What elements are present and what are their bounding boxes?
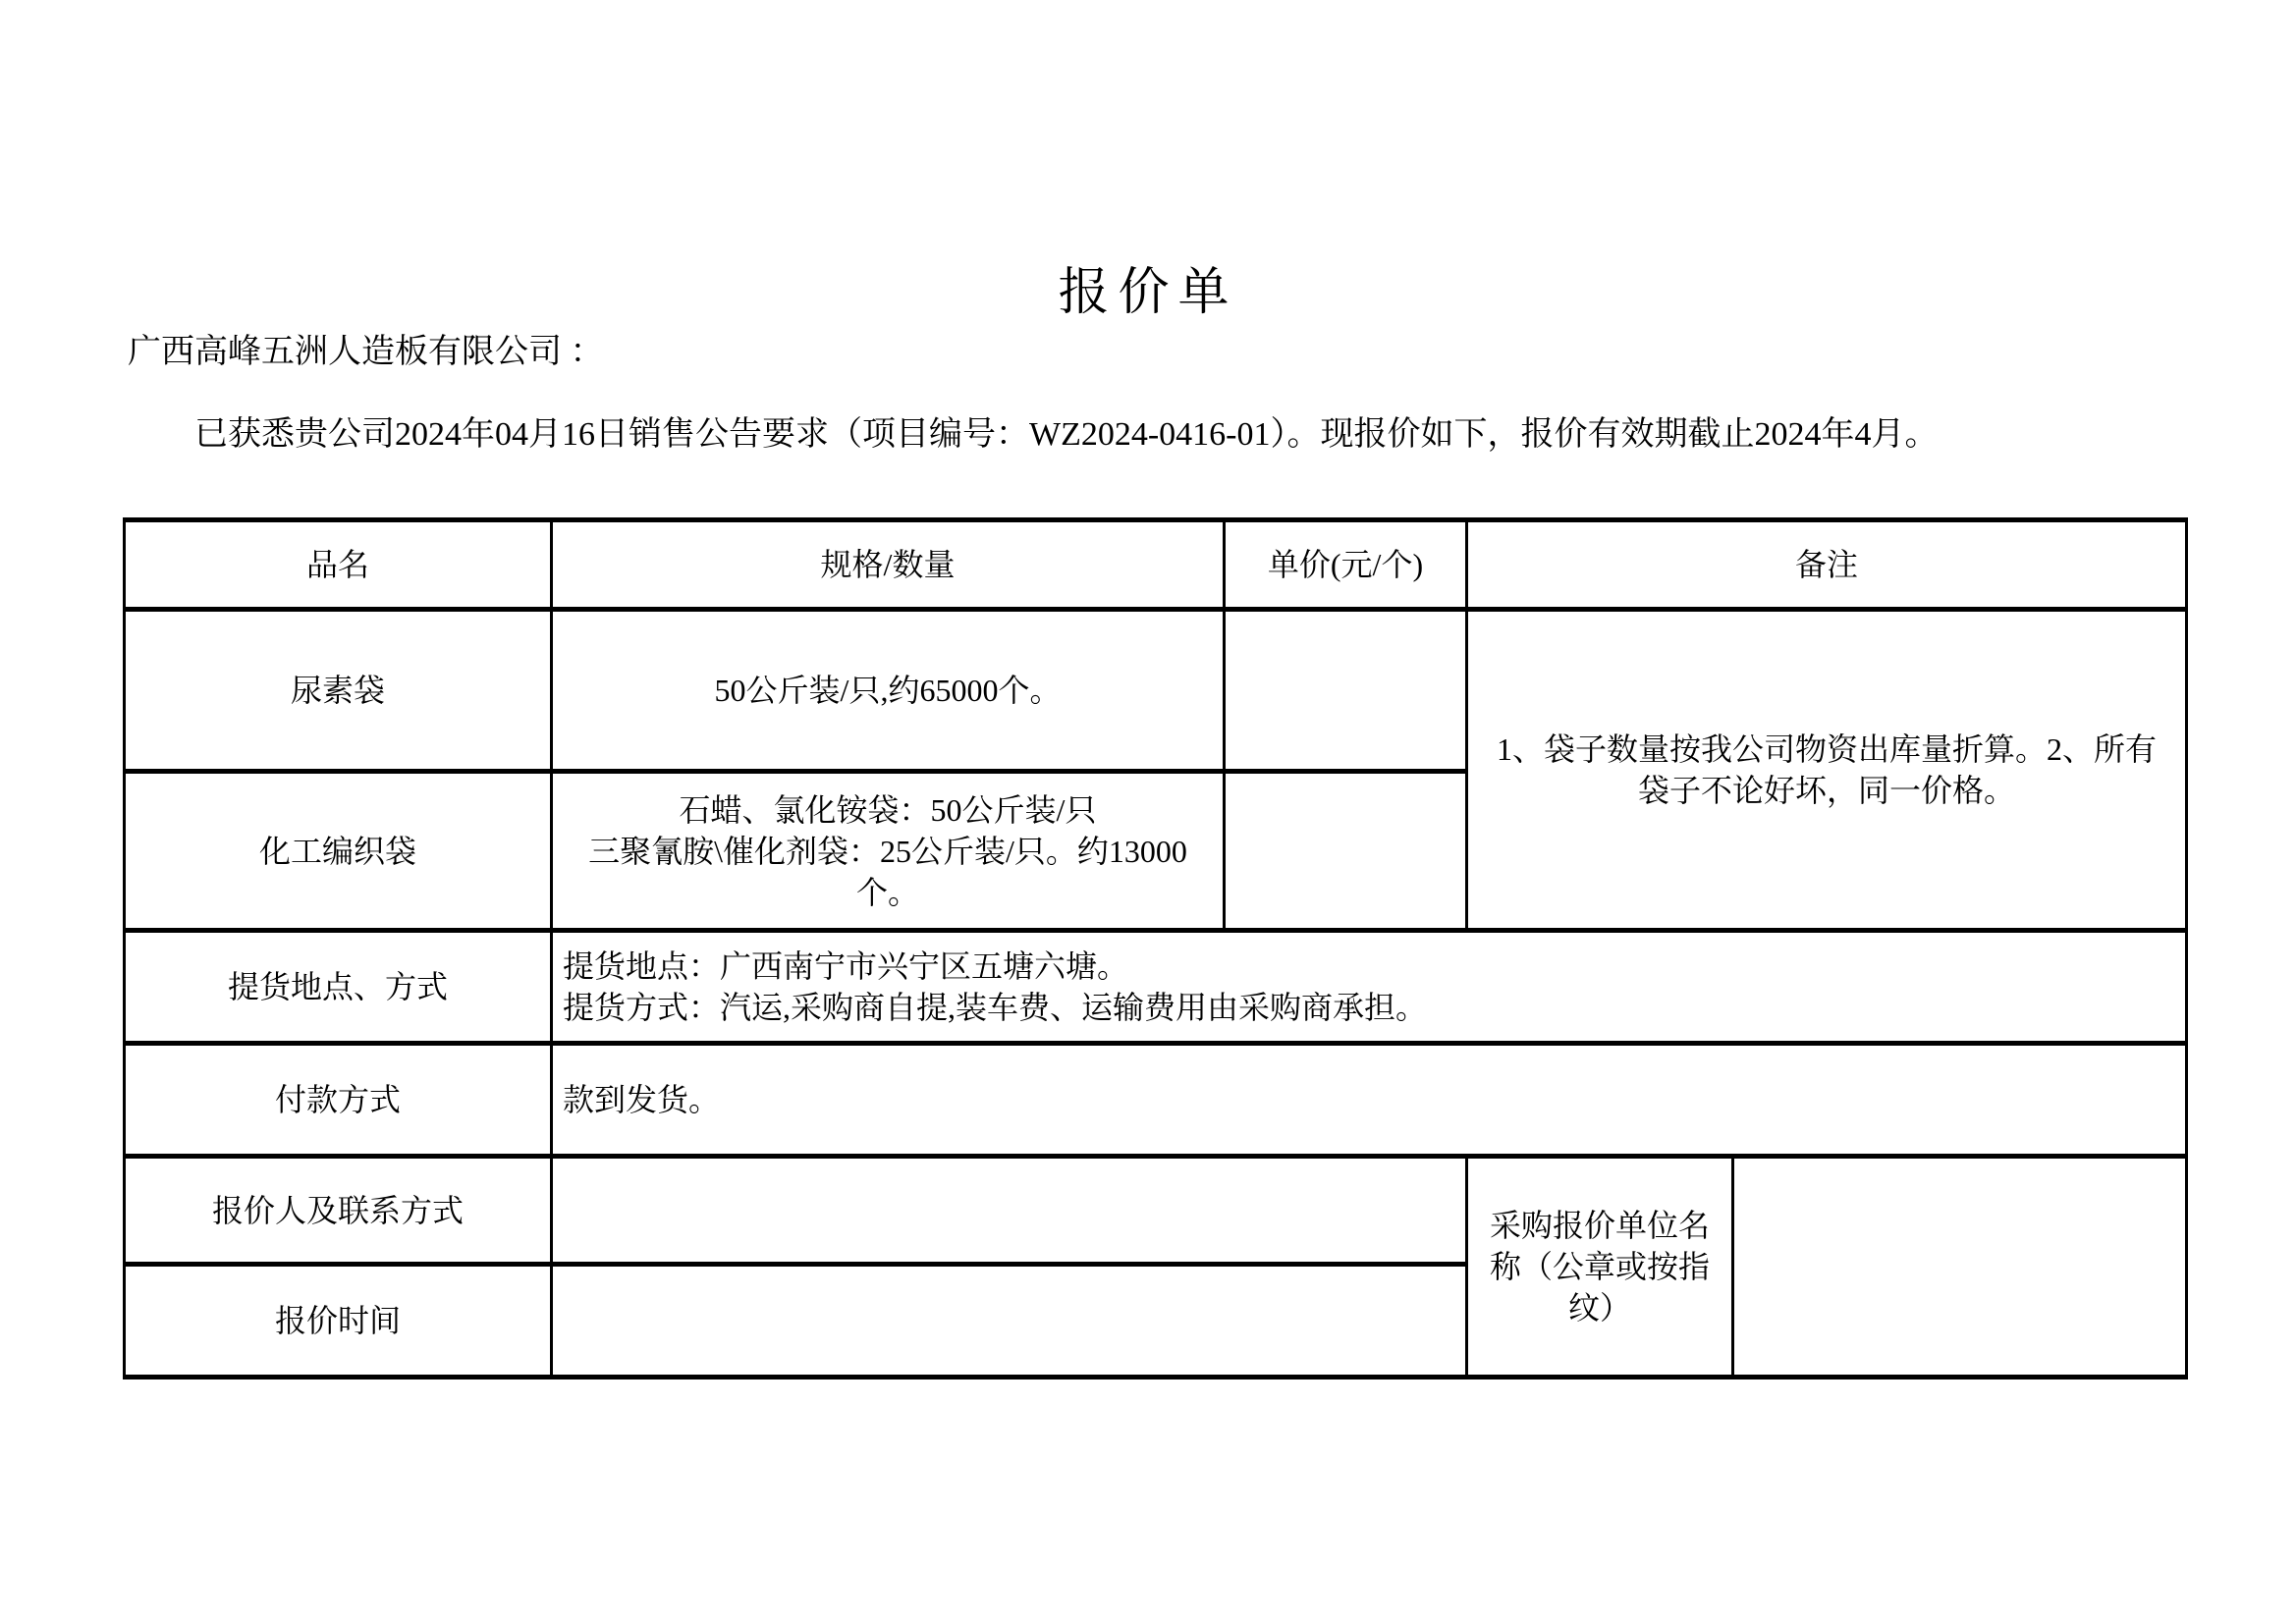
pickup-method-line: 提货方式：汽运,采购商自提,装车费、运输费用由采购商承担。: [563, 987, 2175, 1028]
woven-bag-name: 化工编织袋: [125, 772, 552, 931]
table-header-row: 品名 规格/数量 单价(元/个) 备注: [125, 520, 2187, 610]
header-unit-price: 单价(元/个): [1225, 520, 1467, 610]
quoter-value-cell: [552, 1157, 1467, 1265]
urea-bag-unit-price: [1225, 610, 1467, 772]
quote-time-value-cell: [552, 1265, 1467, 1378]
header-remark: 备注: [1467, 520, 2187, 610]
urea-bag-name: 尿素袋: [125, 610, 552, 772]
quotation-document-page: 报价单 广西高峰五洲人造板有限公司 ： 已获悉贵公司2024年04月16日销售公…: [0, 0, 2296, 1623]
header-spec-quantity: 规格/数量: [552, 520, 1225, 610]
table-row-pickup: 提货地点、方式 提货地点：广西南宁市兴宁区五塘六塘。 提货方式：汽运,采购商自提…: [125, 931, 2187, 1044]
recipient-line: 广西高峰五洲人造板有限公司 ：: [128, 333, 604, 373]
intro-paragraph: 已获悉贵公司2024年04月16日销售公告要求（项目编号：WZ2024-0416…: [128, 413, 2190, 457]
header-product-name: 品名: [125, 520, 552, 610]
payment-label: 付款方式: [125, 1044, 552, 1157]
table-row-quoter: 报价人及联系方式 采购报价单位名称（公章或按指纹）: [125, 1157, 2187, 1265]
woven-bag-unit-price: [1225, 772, 1467, 931]
quotation-table: 品名 规格/数量 单价(元/个) 备注 尿素袋 50公斤装/只,约65000个。…: [123, 517, 2188, 1380]
purchaser-unit-value-cell: [1733, 1157, 2187, 1378]
pickup-location-line: 提货地点：广西南宁市兴宁区五塘六塘。: [563, 946, 2175, 987]
table-row-urea-bag: 尿素袋 50公斤装/只,约65000个。 1、袋子数量按我公司物资出库量折算。2…: [125, 610, 2187, 772]
woven-bag-spec-line2: 三聚氰胺\催化剂袋：25公斤装/只。约13000个。: [563, 831, 1213, 913]
page-title: 报价单: [0, 263, 2296, 324]
woven-bag-spec-line1: 石蜡、氯化铵袋：50公斤装/只: [563, 789, 1213, 831]
table-row-payment: 付款方式 款到发货。: [125, 1044, 2187, 1157]
payment-details: 款到发货。: [552, 1044, 2187, 1157]
quote-time-label: 报价时间: [125, 1265, 552, 1378]
urea-bag-spec: 50公斤装/只,约65000个。: [552, 610, 1225, 772]
woven-bag-spec: 石蜡、氯化铵袋：50公斤装/只 三聚氰胺\催化剂袋：25公斤装/只。约13000…: [552, 772, 1225, 931]
quoter-label: 报价人及联系方式: [125, 1157, 552, 1265]
pickup-details: 提货地点：广西南宁市兴宁区五塘六塘。 提货方式：汽运,采购商自提,装车费、运输费…: [552, 931, 2187, 1044]
purchaser-unit-label-cell: 采购报价单位名称（公章或按指纹）: [1467, 1157, 1733, 1378]
pickup-label: 提货地点、方式: [125, 931, 552, 1044]
remark-merged-cell: 1、袋子数量按我公司物资出库量折算。2、所有袋子不论好坏，同一价格。: [1467, 610, 2187, 931]
